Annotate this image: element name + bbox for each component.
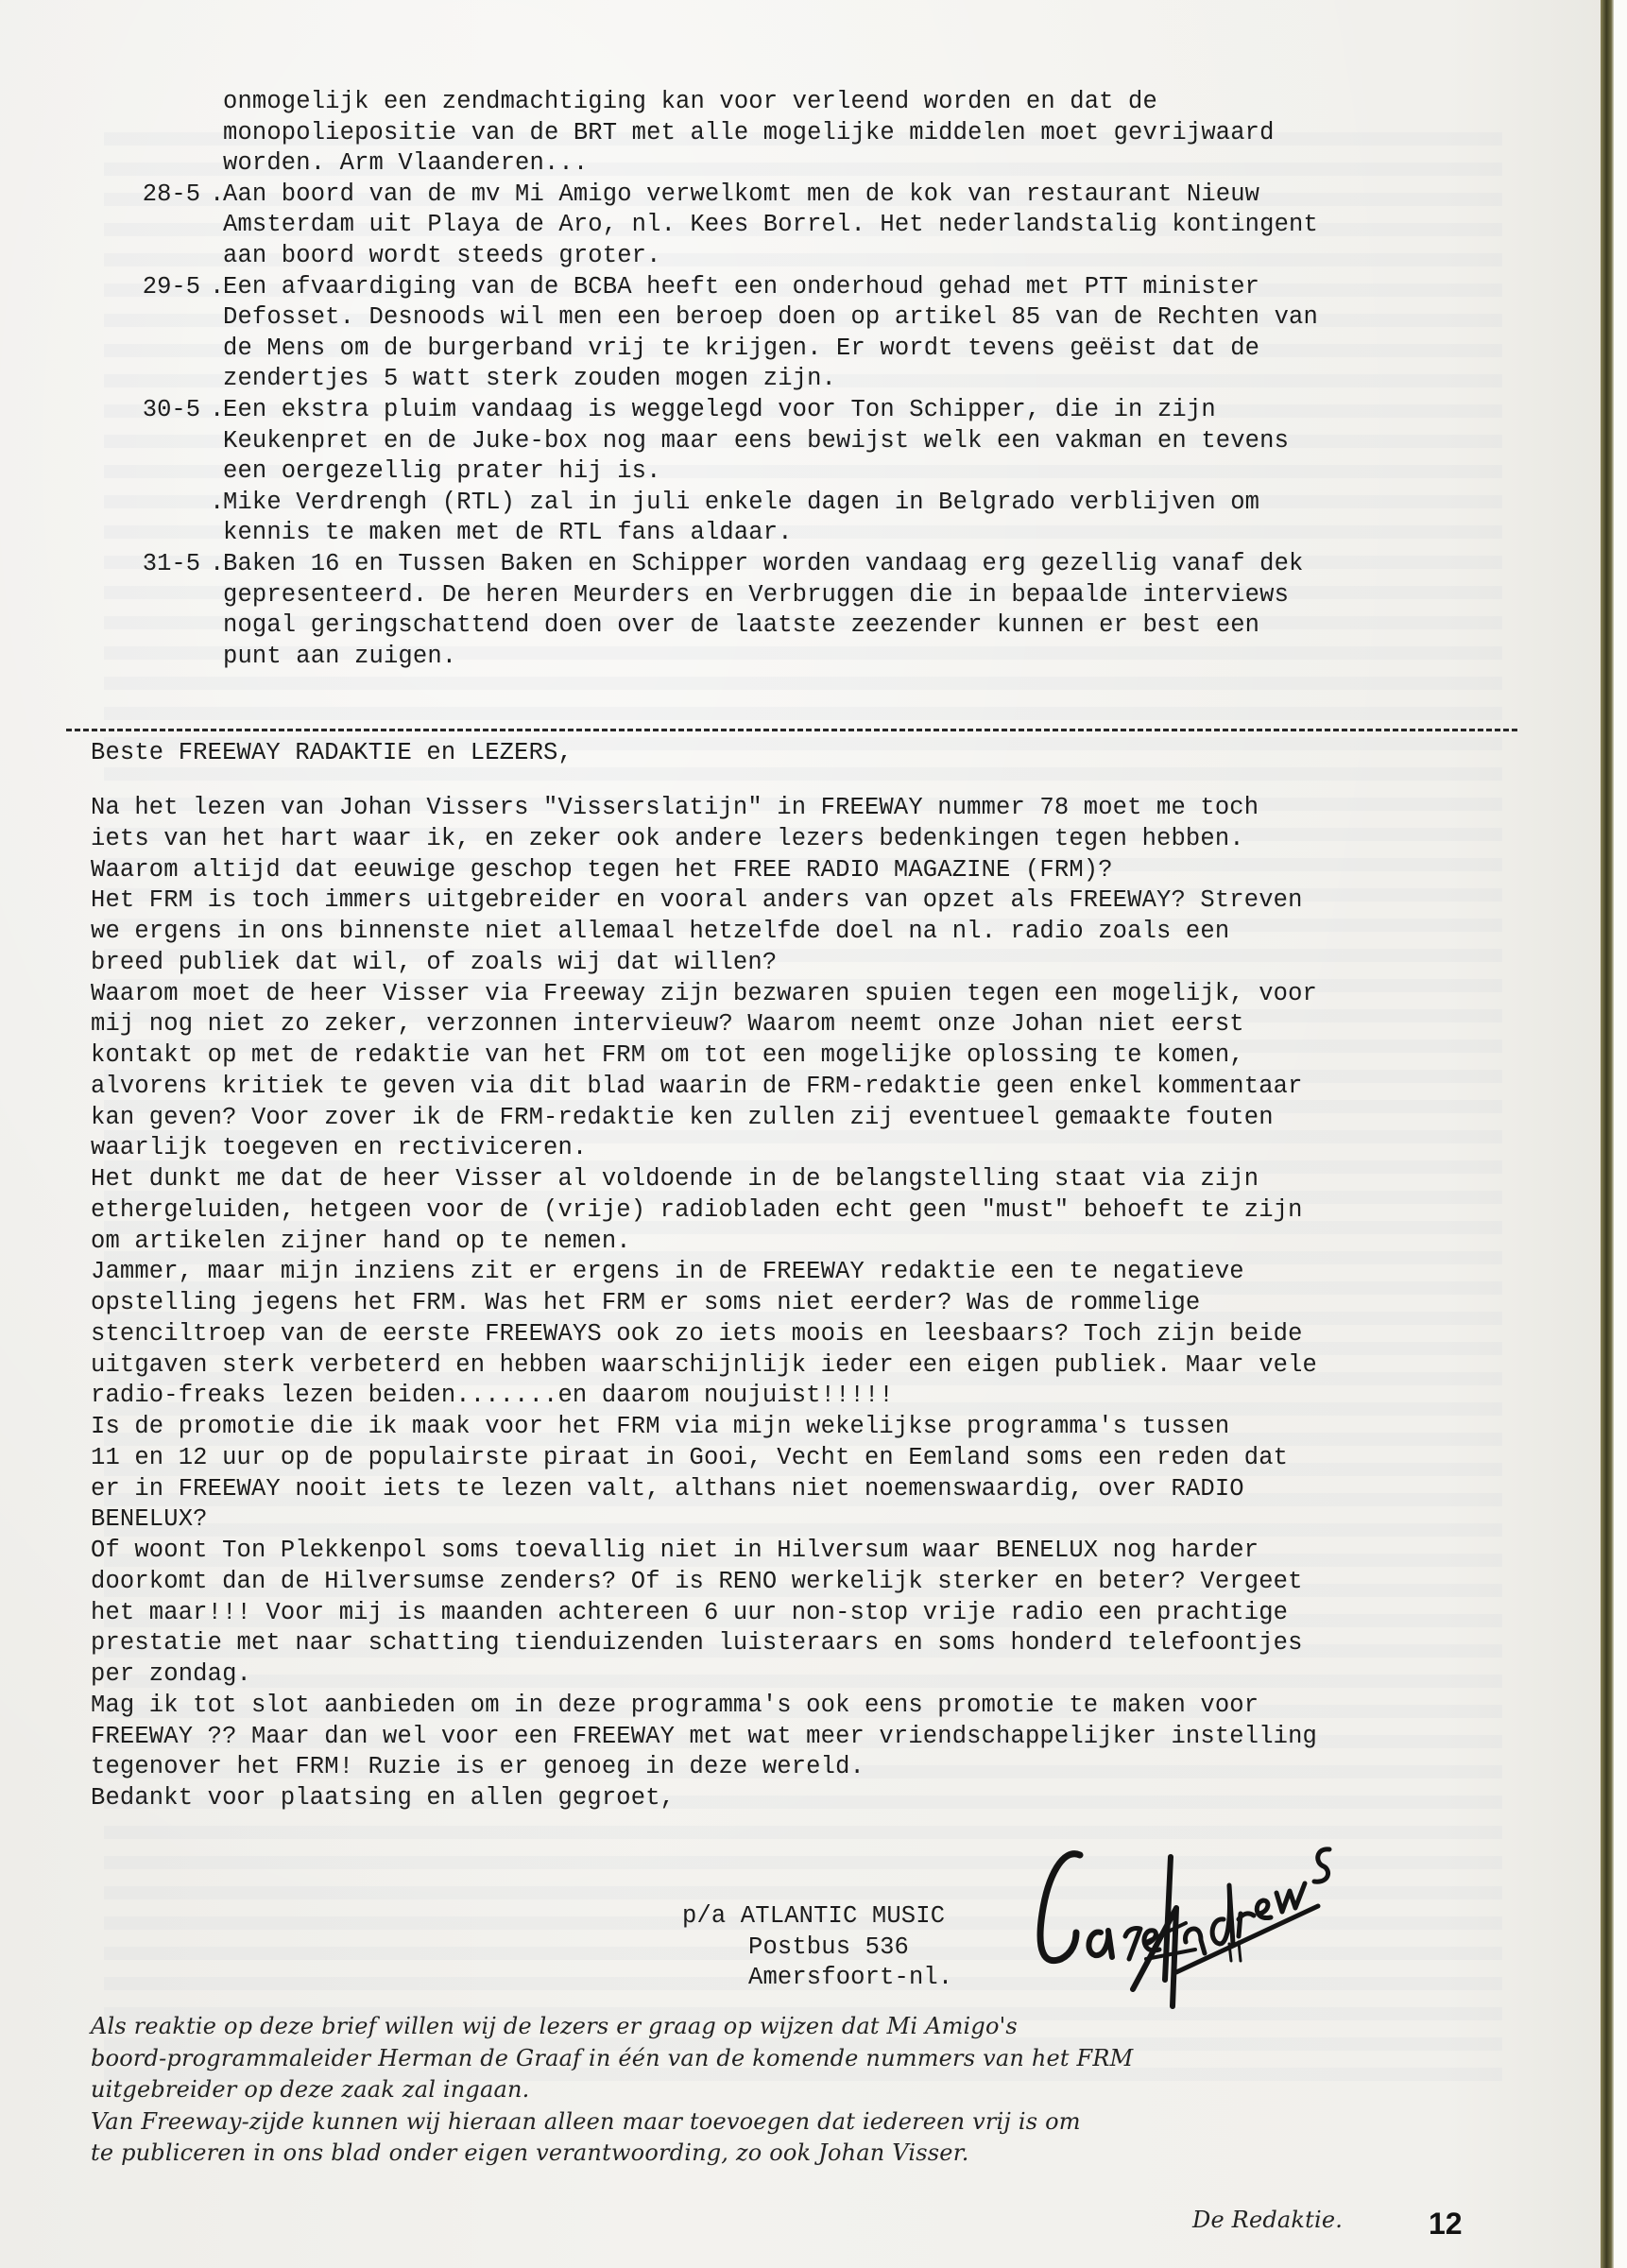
editorial-text-line: te publiceren in ons blad onder eigen ve… bbox=[91, 2138, 969, 2169]
diary-text-line: kennis te maken met de RTL fans aldaar. bbox=[223, 518, 793, 548]
page-binding-shadow bbox=[1601, 0, 1614, 2268]
diary-text-line: Defosset. Desnoods wil men een beroep do… bbox=[223, 302, 1318, 333]
editorial-signoff: De Redaktie. bbox=[1192, 2205, 1343, 2236]
letter-text-line: Of woont Ton Plekkenpol soms toevallig n… bbox=[91, 1536, 1259, 1566]
section-divider bbox=[66, 729, 1517, 731]
letter-text-line: breed publiek dat wil, of zoals wij dat … bbox=[91, 948, 777, 978]
letter-text-line: iets van het hart waar ik, en zeker ook … bbox=[91, 824, 1244, 854]
letter-text-line: 11 en 12 uur op de populairste piraat in… bbox=[91, 1443, 1288, 1473]
diary-text-line: gepresenteerd. De heren Meurders en Verb… bbox=[223, 580, 1289, 610]
letter-text-line: waarlijk toegeven en rectiviceren. bbox=[91, 1133, 587, 1163]
letter-text-line: we ergens in ons binnenste niet allemaal… bbox=[91, 917, 1229, 947]
editorial-text-line: uitgebreider op deze zaak zal ingaan. bbox=[91, 2074, 530, 2105]
letter-text-line: per zondag. bbox=[91, 1659, 251, 1690]
diary-text-line: Baken 16 en Tussen Baken en Schipper wor… bbox=[223, 549, 1303, 579]
letter-text-line: Mag ik tot slot aanbieden om in deze pro… bbox=[91, 1691, 1259, 1721]
letter-text-line: kan geven? Voor zover ik de FRM-redaktie… bbox=[91, 1103, 1274, 1133]
letter-text-line: kontakt op met de redaktie van het FRM o… bbox=[91, 1040, 1244, 1071]
diary-text-line: Een ekstra pluim vandaag is weggelegd vo… bbox=[223, 395, 1216, 425]
letter-text-line: Waarom moet de heer Visser via Freeway z… bbox=[91, 979, 1317, 1009]
letter-text-line: Jammer, maar mijn inziens zit er ergens … bbox=[91, 1257, 1244, 1287]
page-outer-margin bbox=[1614, 0, 1627, 2268]
letter-text-line: er in FREEWAY nooit iets te lezen valt, … bbox=[91, 1474, 1244, 1504]
letter-text-line: Het FRM is toch immers uitgebreider en v… bbox=[91, 885, 1303, 916]
letter-text-line: het maar!!! Voor mij is maanden achteree… bbox=[91, 1598, 1288, 1628]
diary-text-line: Mike Verdrengh (RTL) zal in juli enkele … bbox=[223, 488, 1259, 518]
page-number: 12 bbox=[1429, 2207, 1463, 2242]
letter-text-line: Het dunkt me dat de heer Visser al voldo… bbox=[91, 1164, 1259, 1194]
letter-text-line: Na het lezen van Johan Vissers "Vissersl… bbox=[91, 793, 1259, 823]
letter-text-line: stenciltroep van de eerste FREEWAYS ook … bbox=[91, 1319, 1303, 1349]
diary-text-line: nogal geringschattend doen over de laats… bbox=[223, 610, 1259, 641]
editorial-text-line: Als reaktie op deze brief willen wij de … bbox=[91, 2011, 1018, 2042]
letter-text-line: Waarom altijd dat eeuwige geschop tegen … bbox=[91, 855, 1113, 885]
address-line: Amersfoort-nl. bbox=[748, 1963, 952, 1993]
letter-text-line: uitgaven sterk verbeterd en hebben waars… bbox=[91, 1350, 1317, 1381]
diary-entry-date: 28-5 bbox=[81, 180, 200, 210]
letter-text-line: doorkomt dan de Hilversumse zenders? Of … bbox=[91, 1567, 1303, 1597]
diary-text-line: een oergezellig prater hij is. bbox=[223, 456, 661, 487]
letter-text-line: radio-freaks lezen beiden.......en daaro… bbox=[91, 1381, 894, 1411]
editorial-text-line: Van Freeway-zijde kunnen wij hieraan all… bbox=[91, 2106, 1081, 2138]
diary-entry-date: 31-5 bbox=[81, 549, 200, 579]
letter-text-line: BENELUX? bbox=[91, 1504, 208, 1535]
letter-text-line: Is de promotie die ik maak voor het FRM … bbox=[91, 1412, 1229, 1442]
diary-text-line: Een afvaardiging van de BCBA heeft een o… bbox=[223, 272, 1259, 302]
address-line: Postbus 536 bbox=[748, 1933, 909, 1963]
diary-text-line: Aan boord van de mv Mi Amigo verwelkomt … bbox=[223, 180, 1259, 210]
diary-text-line: Amsterdam uit Playa de Aro, nl. Kees Bor… bbox=[223, 210, 1318, 240]
diary-entry-date: 30-5 bbox=[81, 395, 200, 425]
diary-entry-date: 29-5 bbox=[81, 272, 200, 302]
letter-text-line: alvorens kritiek te geven via dit blad w… bbox=[91, 1072, 1303, 1102]
address-line: p/a ATLANTIC MUSIC bbox=[682, 1901, 945, 1932]
letter-text-line: prestatie met naar schatting tienduizend… bbox=[91, 1628, 1303, 1658]
diary-text-line: Keukenpret en de Juke-box nog maar eens … bbox=[223, 426, 1289, 456]
letter-text-line: mij nog niet zo zeker, verzonnen intervi… bbox=[91, 1009, 1244, 1039]
editorial-text-line: boord-programmaleider Herman de Graaf in… bbox=[91, 2043, 1133, 2074]
letter-text-line: opstelling jegens het FRM. Was het FRM e… bbox=[91, 1288, 1200, 1318]
diary-text-line: punt aan zuigen. bbox=[223, 642, 456, 672]
diary-text-line: worden. Arm Vlaanderen... bbox=[223, 148, 588, 179]
diary-text-line: monopoliepositie van de BRT met alle mog… bbox=[223, 118, 1275, 148]
diary-text-line: zendertjes 5 watt sterk zouden mogen zij… bbox=[223, 364, 836, 394]
letter-text-line: FREEWAY ?? Maar dan wel voor een FREEWAY… bbox=[91, 1722, 1317, 1752]
letter-salutation: Beste FREEWAY RADAKTIE en LEZERS, bbox=[91, 738, 573, 768]
diary-text-line: de Mens om de burgerband vrij te krijgen… bbox=[223, 334, 1259, 364]
diary-text-line: aan boord wordt steeds groter. bbox=[223, 241, 661, 271]
letter-text-line: Bedankt voor plaatsing en allen gegroet, bbox=[91, 1783, 675, 1813]
handwritten-signature bbox=[1035, 1838, 1356, 2027]
letter-text-line: ethergeluiden, hetgeen voor de (vrije) r… bbox=[91, 1195, 1303, 1226]
diary-text-line: onmogelijk een zendmachtiging kan voor v… bbox=[223, 87, 1157, 117]
letter-text-line: tegenover het FRM! Ruzie is er genoeg in… bbox=[91, 1752, 865, 1782]
letter-text-line: om artikelen zijner hand op te nemen. bbox=[91, 1227, 631, 1257]
